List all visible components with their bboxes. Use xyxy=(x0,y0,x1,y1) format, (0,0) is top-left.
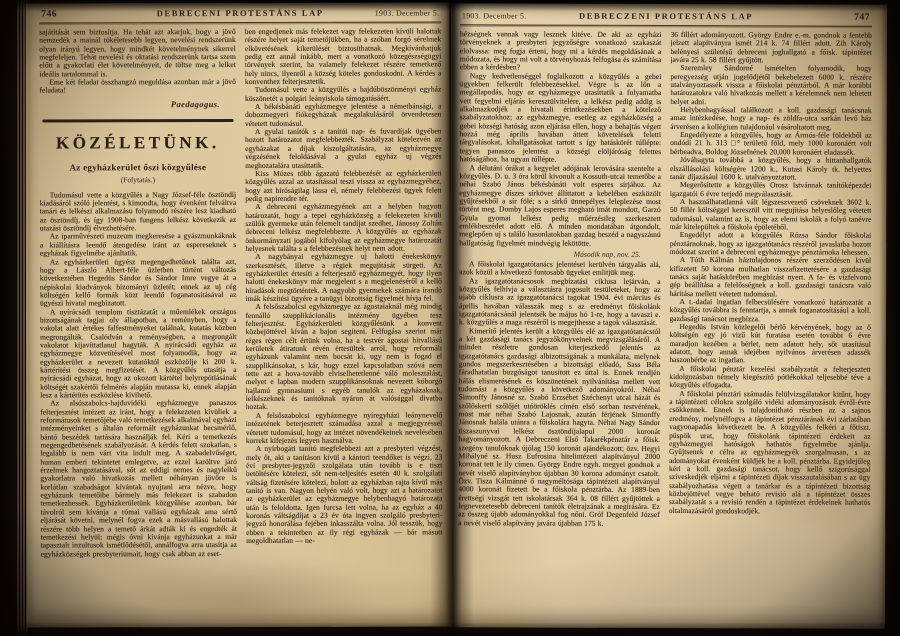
paragraph: A Tóth Kálmán háztulajdonos részére szer… xyxy=(670,256,872,298)
paragraph: Szeremley Sándorné ismételten folyamodik… xyxy=(670,64,872,106)
section-title: KÖZÉLETÜNK. xyxy=(40,133,237,154)
right-col1-body-a: hézségnek vannak vagy lesznek kitéve. De… xyxy=(459,30,661,248)
right-page-number: 747 xyxy=(778,12,870,22)
paragraph: Kimerítő jelentés került a közgyűlés elé… xyxy=(458,327,660,528)
left-col1-body: Tudomásul vette a közgyűlés a Nagy Józse… xyxy=(40,191,237,559)
paragraph: hézségnek vannak vagy lesznek kitéve. De… xyxy=(460,30,662,72)
paragraph: A debreceni egyházmegyének azt a helyben… xyxy=(245,203,442,254)
page-left-746: 746 DEBRECENI PROTESTÁNS LAP 1903. Decem… xyxy=(25,2,451,627)
paragraph: Engedélyezte a közgyűlés, hogy az Ármós-… xyxy=(670,131,872,157)
paragraph: A nyírácsádi templom tisztázatát a műeml… xyxy=(40,308,237,400)
paragraph: Nagy kedvetlenséggel foglalkozott a közg… xyxy=(460,72,662,164)
paragraph: Az iparművészeti muzeum megkeresése a gy… xyxy=(40,232,237,258)
right-page-columns: hézségnek vannak vagy lesznek kitéve. De… xyxy=(458,30,872,602)
paragraph: A délutáni órákat a kegyelet adójának le… xyxy=(459,164,661,248)
paragraph: 36 fillért adományozott. György Endre e.… xyxy=(670,31,872,65)
left-page-columns: sajátítását sem biztosítja. Ha tehát azt… xyxy=(39,27,443,609)
paragraph: A főiskolai pénztár kezelési szabályzatá… xyxy=(669,365,871,391)
paragraph: Engedélyt adott a közgyűlés Rózsa Sándor… xyxy=(670,231,872,257)
paragraph: A nyírbogáti tanító megfelebbezi azt a p… xyxy=(246,445,443,546)
paragraph: A felsőszabolcsi egyházmegye nyíregyházi… xyxy=(246,411,443,445)
paragraph: Jóváhagyta továbbá a közgyűlés, hogy a h… xyxy=(670,156,872,182)
paragraph: A békésbánáti egyházmegye jelentése a né… xyxy=(245,103,442,129)
paragraph: A t.-dadai ingatlan felbecsülésére vonat… xyxy=(669,298,871,324)
article-subtitle: (Folytatás.) xyxy=(40,175,237,185)
paragraph: Tudomásul vette a közgyűlés a Nagy Józse… xyxy=(40,191,237,233)
paragraph: ben engedjenek más felekezet vagy feleke… xyxy=(245,27,442,86)
page-right-747: 1903. December 5. DEBRECZENI PROTESTÁNS … xyxy=(449,3,887,629)
left-col-1: sajátítását sem biztosítja. Ha tehát azt… xyxy=(39,28,237,610)
author-signature: Paedagogus. xyxy=(39,95,236,115)
paragraph: sajátítását sem biztosítja. Ha tehát azt… xyxy=(39,28,236,79)
paragraph: A gyulai tanítók s a tanítói nap- és fuv… xyxy=(245,128,442,170)
paragraph: Tudomásul vette a közgyűlés a hajdúböszö… xyxy=(245,86,442,103)
paragraph: A felsőszabolcsi egyházmegye az ágostaia… xyxy=(245,303,442,412)
left-page-number: 746 xyxy=(41,9,133,19)
paragraph: Az alsószabolcs-hajduvidéki egyházmegye … xyxy=(40,399,237,558)
article-continuation: sajátítását sem biztosítja. Ha tehát azt… xyxy=(39,28,236,95)
paragraph: A főiskolai pénztári számadás felülvizsg… xyxy=(669,390,871,516)
right-col-2: 36 fillért adományozott. György Endre e.… xyxy=(669,31,872,603)
article-title: Az egyházkerület őszi közgyűlése xyxy=(40,162,237,173)
right-journal-title: DEBRECZENI PROTESTÁNS LAP xyxy=(554,11,778,22)
right-col1-body-b: A főiskolai igazgatótanács jelentései ke… xyxy=(458,260,660,528)
paragraph: Megerősítette a közgyűlés Orosz Istvánna… xyxy=(670,181,872,198)
right-page-header: 1903. December 5. DEBRECZENI PROTESTÁNS … xyxy=(460,8,872,26)
paragraph: A nagybányai egyházmegye uj halotti ének… xyxy=(245,253,442,304)
paragraph: Az egyházkerületi ügyész megengedhetőnek… xyxy=(40,258,237,309)
left-journal-title: DEBRECENI PROTESTÁNS LAP xyxy=(133,8,347,19)
paragraph: A használhatatlanná vált légszeszvezető … xyxy=(670,198,872,232)
right-issue-date: 1903. December 5. xyxy=(462,11,554,20)
left-col-2: ben engedjenek más felekezet vagy feleke… xyxy=(245,27,443,609)
section-divider-rule xyxy=(42,119,233,122)
paragraph: A főiskolai igazgatótanács jelentései ke… xyxy=(459,260,661,277)
paragraph: Az igazgatótanácsosok megbízatási ciklus… xyxy=(459,277,661,328)
paragraph: Hegedüs István közlegelői bérlő kérvényé… xyxy=(669,323,871,365)
right-col-1: hézségnek vannak vagy lesznek kitéve. De… xyxy=(458,30,661,602)
paragraph: Eme két feladat összhangzó megoldása azo… xyxy=(39,78,236,95)
paragraph: Helybenhagyással találkozott a koll. gaz… xyxy=(670,106,872,132)
paragraph: Kiss Mózes több ágazatú felebbezését az … xyxy=(245,169,442,203)
book-spread-photo: 746 DEBRECENI PROTESTÁNS LAP 1903. Decem… xyxy=(0,0,900,636)
left-issue-date: 1903. December 5. xyxy=(347,8,439,17)
left-page-header: 746 DEBRECENI PROTESTÁNS LAP 1903. Decem… xyxy=(39,5,441,23)
